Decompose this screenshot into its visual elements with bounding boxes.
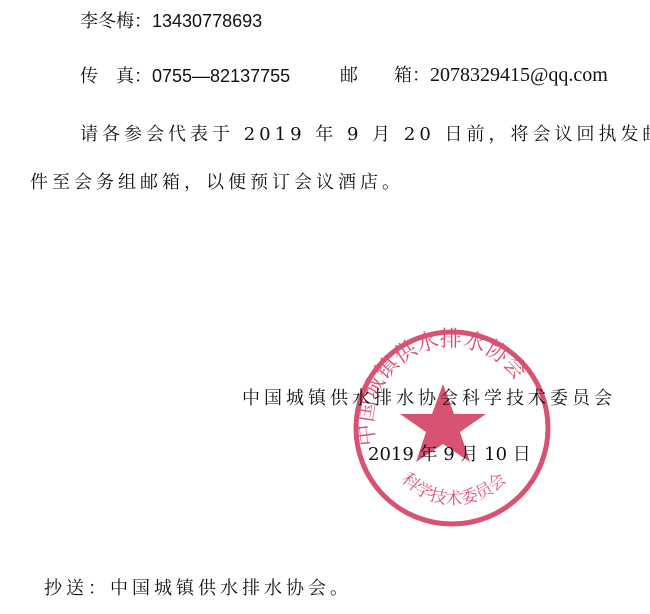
cc-line: 抄送：中国城镇供水排水协会。 [44,578,352,600]
paragraph-line-1: 请各参会代表于 2019 年 9 月 20 日前，将会议回执发邮 [80,124,650,146]
contact-email: 邮 箱：2078329415@qq.com [340,64,608,87]
signature-date: 2019 年 9 月 10 日 [368,444,531,466]
email-label: 邮 箱： [340,65,430,86]
contact-person: 李冬梅：13430778693 [80,10,262,33]
contact-person-phone: 13430778693 [152,11,262,31]
fax-value: 0755—82137755 [152,66,290,86]
contact-fax: 传 真：0755—82137755 [80,65,290,88]
seal-bottom-text: 科学技术委员会 [398,469,511,509]
fax-label: 传 真： [80,66,152,87]
official-seal: 中国城镇供水排水协会 科学技术委员会 [350,326,554,530]
contact-person-label: 李冬梅： [80,11,152,32]
paragraph-line-2: 件至会务组邮箱，以便预订会议酒店。 [30,172,404,194]
email-value[interactable]: 2078329415@qq.com [430,64,608,86]
signature-organization: 中国城镇供水排水协会科学技术委员会 [242,388,616,410]
